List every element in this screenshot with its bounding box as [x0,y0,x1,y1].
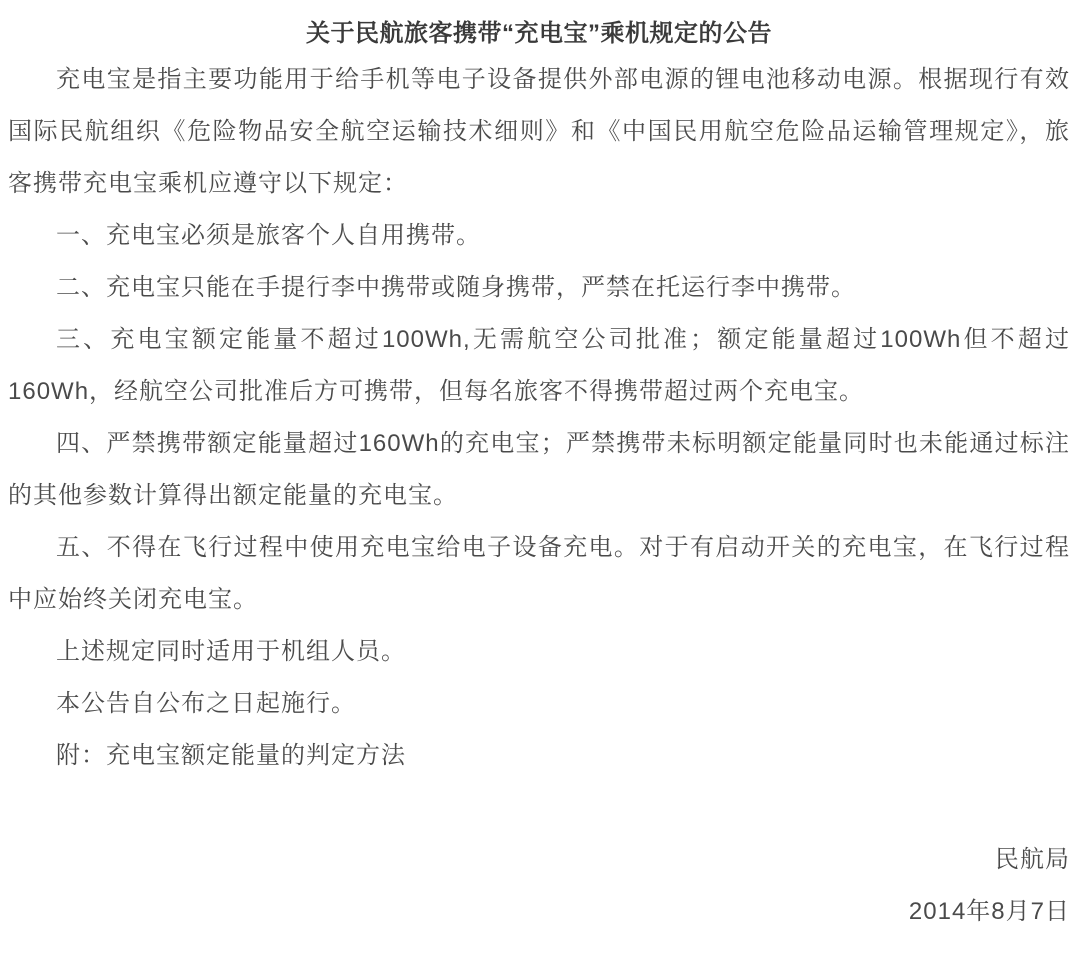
closing-crew-note: 上述规定同时适用于机组人员。 [8,626,1070,678]
intro-paragraph: 充电宝是指主要功能用于给手机等电子设备提供外部电源的锂电池移动电源。根据现行有效… [8,54,1070,210]
rule-item-5: 五、不得在飞行过程中使用充电宝给电子设备充电。对于有启动开关的充电宝，在飞行过程… [8,522,1070,626]
rule-item-4: 四、严禁携带额定能量超过160Wh的充电宝；严禁携带未标明额定能量同时也未能通过… [8,418,1070,522]
document-title: 关于民航旅客携带“充电宝”乘机规定的公告 [8,14,1070,54]
issue-date: 2014年8月7日 [8,886,1070,938]
effective-date-note: 本公告自公布之日起施行。 [8,678,1070,730]
attachment-note: 附：充电宝额定能量的判定方法 [8,730,1070,782]
issuer-signature: 民航局 [8,834,1070,886]
rule-item-3: 三、充电宝额定能量不超过100Wh,无需航空公司批准；额定能量超过100Wh但不… [8,314,1070,418]
rule-item-2: 二、充电宝只能在手提行李中携带或随身携带，严禁在托运行李中携带。 [8,262,1070,314]
rule-item-1: 一、充电宝必须是旅客个人自用携带。 [8,210,1070,262]
announcement-document: 关于民航旅客携带“充电宝”乘机规定的公告 充电宝是指主要功能用于给手机等电子设备… [0,0,1080,938]
